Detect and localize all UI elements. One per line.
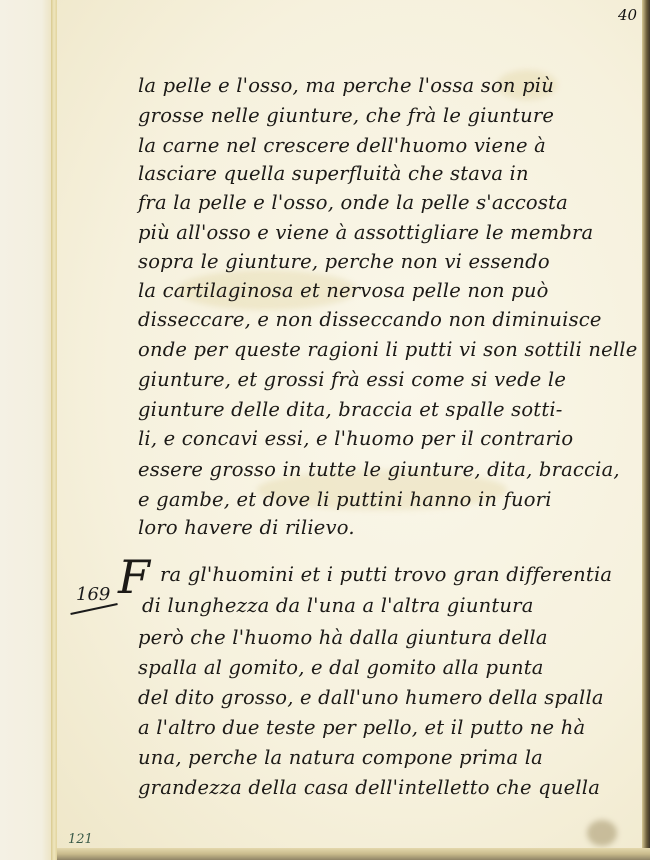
archival-mark: 121	[68, 832, 93, 847]
text-line: però che l'huomo hà dalla giuntura della	[138, 626, 548, 649]
text-line: grandezza della casa dell'intelletto che…	[138, 776, 600, 799]
text-line: giunture, et grossi frà essi come si ved…	[138, 368, 566, 391]
folio-number: 40	[618, 6, 637, 24]
text-line: più all'osso e viene à assottigliare le …	[138, 221, 593, 244]
text-line: una, perche la natura compone prima la	[138, 746, 543, 769]
text-line: li, e concavi essi, e l'huomo per il con…	[138, 427, 573, 450]
text-line: la pelle e l'osso, ma perche l'ossa son …	[138, 74, 554, 97]
text-line: a l'altro due teste per pello, et il put…	[138, 716, 585, 739]
text-line: spalla al gomito, e dal gomito alla punt…	[138, 656, 544, 679]
text-line: del dito grosso, e dall'uno humero della…	[138, 686, 604, 709]
text-line: disseccare, e non disseccando non diminu…	[138, 308, 602, 331]
text-line: e gambe, et dove li puttini hanno in fuo…	[138, 488, 552, 511]
text-line: lasciare quella superfluità che stava in	[138, 162, 529, 185]
text-line: giunture delle dita, braccia et spalle s…	[138, 398, 563, 421]
page-bottom-edge	[57, 848, 650, 860]
scanned-page: 40 121 169 la pelle e l'osso, ma perche …	[0, 0, 650, 860]
foxing-stain	[587, 820, 617, 846]
text-line: ra gl'huomini et i putti trovo gran diff…	[160, 563, 612, 586]
text-line: la cartilaginosa et nervosa pelle non pu…	[138, 279, 549, 302]
text-line: loro havere di rilievo.	[138, 516, 355, 539]
text-line: onde per queste ragioni li putti vi son …	[138, 338, 637, 361]
facing-page-edge	[0, 0, 52, 860]
marginal-section-number: 169	[76, 584, 110, 605]
text-line: fra la pelle e l'osso, onde la pelle s'a…	[138, 191, 568, 214]
text-line: la carne nel crescere dell'huomo viene à	[138, 134, 546, 157]
text-line: grosse nelle giunture, che frà le giuntu…	[138, 104, 554, 127]
text-line: sopra le giunture, perche non vi essendo	[138, 250, 550, 273]
text-line: di lunghezza da l'una a l'altra giuntura	[142, 594, 534, 617]
page-right-edge	[642, 0, 650, 860]
text-line: essere grosso in tutte le giunture, dita…	[138, 458, 620, 481]
